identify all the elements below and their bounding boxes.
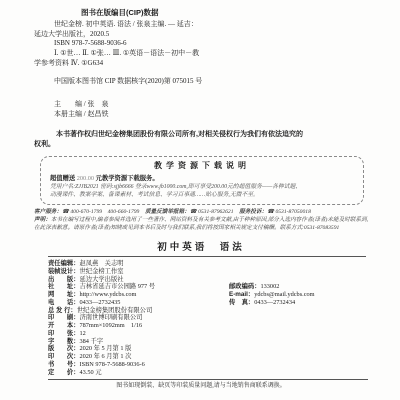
legal-statement: 声明：本书在编写过程中,编者参阅并选用了一些著作、网站资料及有关参考文献,由于种… — [34, 216, 368, 232]
copyright-notice-line2: 权利。 — [34, 140, 368, 150]
cip-publisher-line: 延边大学出版社，2020.5 — [34, 30, 368, 40]
table-row: 印 刷：济南世博印刷有限公司 — [48, 314, 368, 322]
customer-service-line: 客户服务：☎ 400-670-1799 400-660-1799 质量反馈举报箱… — [34, 208, 368, 216]
cip-heading: 图书在版编目(CIP)数据 — [34, 8, 368, 18]
table-row: 开 本：787mm×1092mm 1/16 — [48, 322, 368, 330]
chief-editor: 主 编 / 张 泉 — [34, 99, 368, 110]
cip-record-number: 中国版本图书馆 CIP 数据核字(2020)第 075015 号 — [34, 77, 368, 87]
table-row: 书 号：ISBN 978-7-5688-9036-6 — [48, 361, 368, 369]
cip-classification-line-2: 学参考资料 Ⅳ. ①G634 — [34, 59, 368, 69]
customer-service-phones phone-icon: ☎ 400-670-1799 400-660-1799 — [62, 209, 139, 215]
table-row: 版 次：2020 年 5 月第 1 版 — [48, 345, 368, 353]
download-box-detail-line2: 动漫课件、教案学案、备课素材、考试信息、学习百事通……贴心服务,无微不至。 — [50, 191, 354, 200]
table-row: 社 址：吉林省延吉市公园路 977 号邮政编码：133002 — [48, 283, 368, 291]
quality-feedback-phone phone-icon: ☎ 0531-87962621 — [190, 209, 234, 215]
volume-editor: 本册主编 / 赵昌铁 — [34, 109, 368, 120]
table-row: 定 价：43.50 元 — [48, 369, 368, 377]
download-box-gift-line: 超值赠送 200.00 元教学资源下载服务。 — [50, 174, 354, 183]
download-box-title: 教学资源下载说明 — [50, 160, 354, 172]
book-title: 初中英语 语法 — [34, 241, 368, 254]
cip-block: 图书在版编目(CIP)数据 世纪金榜. 初中英语. 语法 / 张泉主编. — 延… — [34, 8, 368, 87]
complaint-label: 服务投诉： — [234, 209, 268, 215]
complaint-phone phone-icon: ☎ 0531-87050018 — [267, 209, 311, 215]
editors-block: 主 编 / 张 泉 本册主编 / 赵昌铁 — [34, 99, 368, 120]
quality-feedback-label: 质量反馈举报箱： — [139, 209, 189, 215]
legal-statement-label: 声明： — [34, 217, 51, 223]
table-row: 电 话：0433—2732435传 真：0433—2732434 — [48, 299, 368, 307]
table-row: 装帧设计：世纪金榜工作室 — [48, 268, 368, 276]
gift-label: 超值赠送 — [50, 175, 75, 182]
table-row: 印 张：12 — [48, 330, 368, 338]
copyright-notice: 本书著作权归世纪金榜集团股份有限公司所有,对相关侵权行为我们有依法追究的 权利。 — [34, 130, 368, 150]
publication-info-table: 责任编辑：赵凤燕 关志明 装帧设计：世纪金榜工作室 出 版：延边大学出版社 社 … — [34, 260, 368, 376]
cip-isbn-line: ISBN 978-7-5688-9036-6 — [34, 39, 368, 49]
cip-title-line: 世纪金榜. 初中英语. 语法 / 张泉主编. — 延吉： — [34, 20, 368, 30]
copyright-page: 图书在版编目(CIP)数据 世纪金榜. 初中英语. 语法 / 张泉主编. — 延… — [0, 0, 400, 400]
cip-classification-line-1: Ⅰ. ①世… Ⅱ. ①张… Ⅲ. ①英语－语法－初中－教 — [34, 49, 368, 59]
table-row: 网 址：http://www.ydcbs.comE-mail：ydcbs@mai… — [48, 291, 368, 299]
bottom-divider — [48, 379, 368, 380]
download-box-detail-line1: 凭用户名:ZJJB2021 密码:sjjb6666 登录www.jb1000.c… — [50, 183, 354, 192]
legal-statement-text: 本书在编写过程中,编者参阅并选用了一些著作、网站资料及有关参考文献,由于种种原因… — [34, 217, 368, 231]
quality-exchange-note: 图书如现倒装、缺页等印装质量问题,请与当地销售商联系调换。 — [34, 382, 368, 391]
table-row: 责任编辑：赵凤燕 关志明 — [48, 260, 368, 268]
title-divider — [48, 256, 366, 257]
gift-amount: 200.00 — [75, 175, 95, 182]
table-row: 印 次：2020 年 6 月第 1 次 — [48, 353, 368, 361]
copyright-notice-line1: 本书著作权归世纪金榜集团股份有限公司所有,对相关侵权行为我们有依法追究的 — [34, 130, 368, 140]
gift-rest: 元教学资源下载服务。 — [96, 175, 159, 182]
customer-service-label: 客户服务： — [34, 209, 62, 215]
download-instructions-box: 教学资源下载说明 超值赠送 200.00 元教学资源下载服务。 凭用户名:ZJJ… — [40, 156, 364, 205]
